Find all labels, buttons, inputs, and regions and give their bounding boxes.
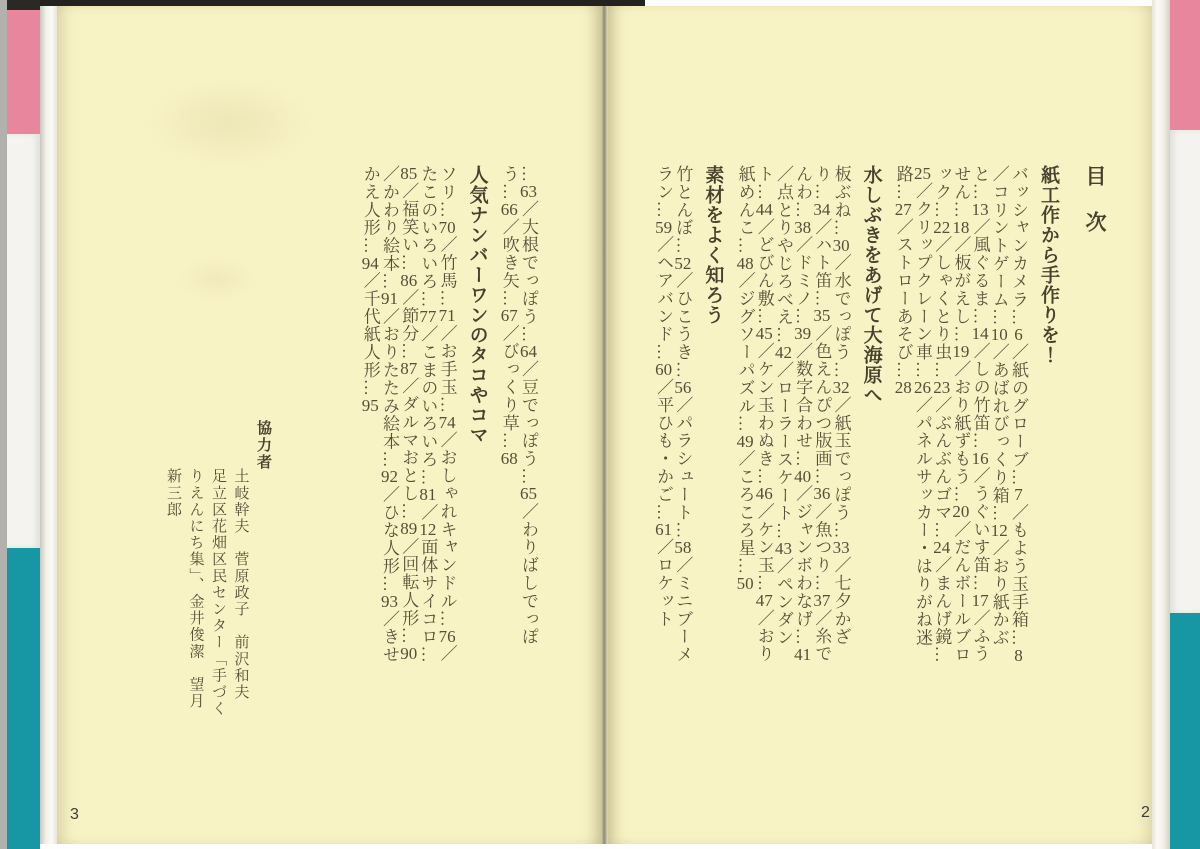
page-number-right: 2 (1141, 804, 1150, 822)
toc-section-water-heading: 水しぶきをあげて大海原へ (858, 165, 885, 677)
cover-edge-right (1170, 0, 1200, 849)
toc-section-materials-items-continued: …63／大根でっぽう…64／豆でっぽう…65／わりばしでっぽう…66／吹き矢…6… (500, 165, 538, 677)
cover-edge-teal (1170, 613, 1200, 849)
toc-title: 目 次 (1080, 165, 1110, 677)
toc-section-kites-tops-items: ソリ…70／竹馬…71／お手玉…74／おしゃれキャンドル…76／たこのいろいろ…… (361, 165, 457, 677)
book-spread: …63／大根でっぽう…64／豆でっぽう…65／わりばしでっぽう…66／吹き矢…6… (0, 0, 1200, 849)
page-stack-edge-left (40, 6, 57, 844)
cover-edge-teal (7, 548, 40, 849)
contributors-heading: 協力者 (252, 420, 275, 722)
cover-edge-pink (1170, 0, 1200, 130)
page-number-left: 3 (70, 806, 79, 824)
cover-edge-pink (7, 10, 40, 134)
cover-edge-dark (7, 0, 40, 10)
toc-section-kites-tops-heading: 人気ナンバーワンのタコやコマ (464, 165, 491, 677)
toc-section-papercraft-heading: 紙工作から手作りを！ (1035, 165, 1062, 677)
book-gutter (601, 6, 608, 844)
show-through-smudge (177, 256, 257, 302)
contributors-credit: 足立区花畑区民センター「手づくりえんにち集」、金井俊潔 望月新三郎 (162, 420, 230, 722)
left-page: …63／大根でっぽう…64／豆でっぽう…65／わりばしでっぽう…66／吹き矢…6… (57, 6, 601, 844)
contributors-names: 土岐幹夫 菅原政子 前沢和夫 (229, 420, 252, 722)
right-page: 目 次 紙工作から手作りを！ バッシャンカメラ…6／紙のグローブ…7／もよう玉手… (608, 6, 1152, 844)
cover-edge-white (1170, 130, 1200, 613)
page-stack-edge-right (1152, 0, 1170, 849)
contributors-block: 協力者 土岐幹夫 菅原政子 前沢和夫 足立区花畑区民センター「手づくりえんにち集… (148, 420, 274, 722)
toc-section-water-items: 板ぶね…30／水でっぽう…32／紙玉でっぽう…33／七夕かざり…34／ハト笛…3… (735, 165, 850, 677)
show-through-smudge (145, 78, 315, 168)
toc-section-materials-heading: 素材をよく知ろう (699, 165, 726, 677)
scan-background-left (0, 0, 7, 849)
cover-edge-white (7, 134, 40, 548)
toc-section-materials-items: 竹とんぼ…52／ひこうき…56／パラシュート…58／ミニブーメラン…59／ヘアバ… (654, 165, 692, 677)
toc-left-page-column: …63／大根でっぽう…64／豆でっぽう…65／わりばしでっぽう…66／吹き矢…6… (363, 165, 538, 677)
toc-section-papercraft-items: バッシャンカメラ…6／紙のグローブ…7／もよう玉手箱…8／コリントゲーム…10／… (894, 165, 1028, 677)
toc-right-page-column: 目 次 紙工作から手作りを！ バッシャンカメラ…6／紙のグローブ…7／もよう玉手… (650, 165, 1110, 677)
cover-edge-left (7, 0, 40, 849)
